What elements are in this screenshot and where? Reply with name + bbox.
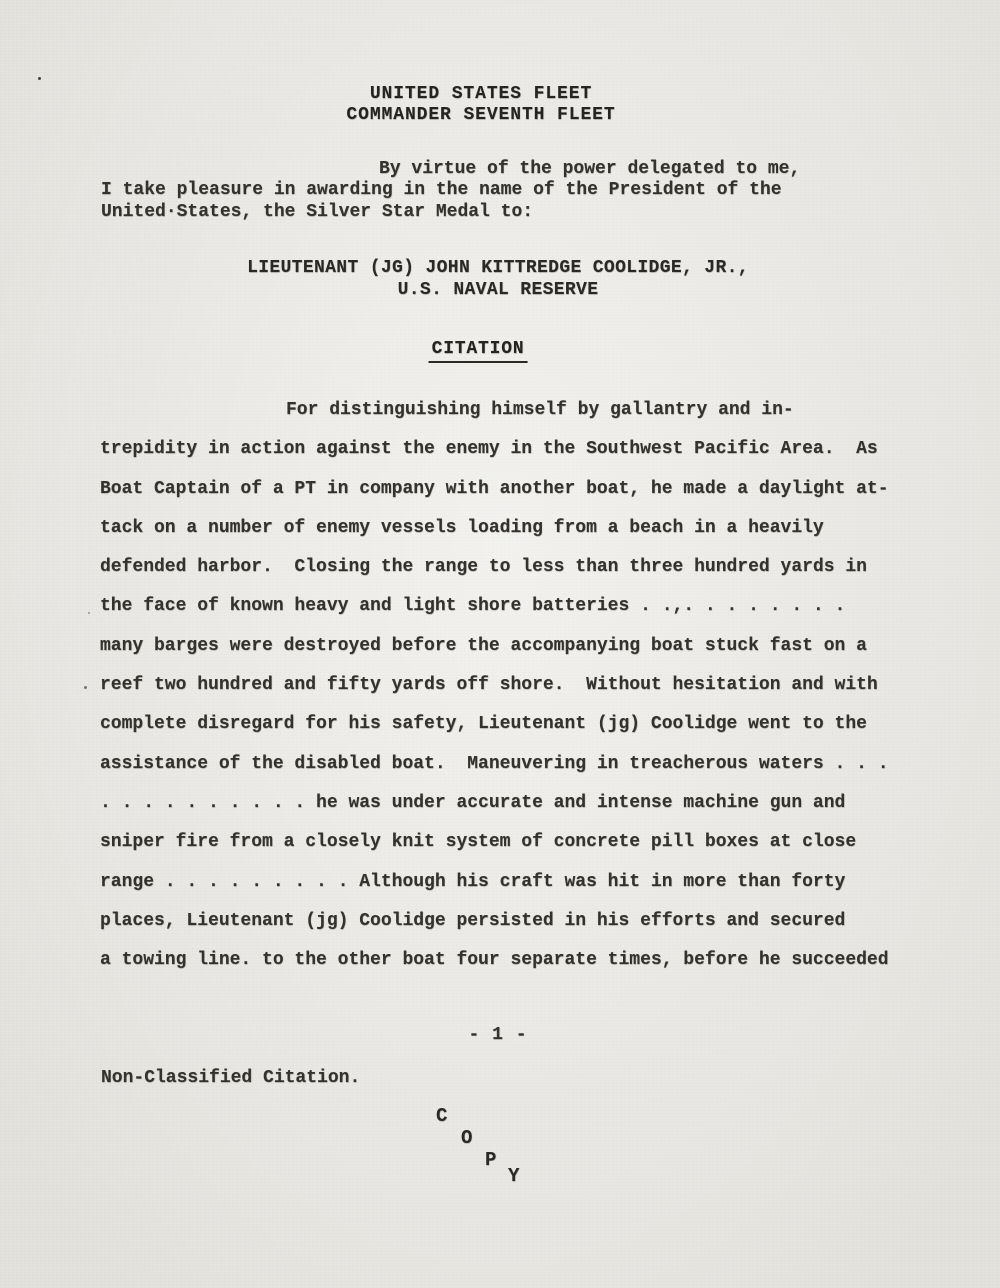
- body-line: defended harbor. Closing the range to le…: [100, 548, 889, 587]
- citation-body: For distinguishing himself by gallantry …: [100, 391, 889, 980]
- preamble: By virtue of the power delegated to me, …: [101, 159, 800, 223]
- paper-speck: [84, 686, 87, 689]
- body-line: many barges were destroyed before the ac…: [100, 627, 889, 666]
- body-line: complete disregard for his safety, Lieut…: [100, 705, 889, 744]
- letterhead: UNITED STATES FLEET COMMANDER SEVENTH FL…: [346, 84, 615, 126]
- preamble-line3: United·States, the Silver Star Medal to:: [101, 202, 800, 223]
- body-line: Boat Captain of a PT in company with ano…: [100, 470, 889, 509]
- copy-stamp-letter-y: Y: [508, 1165, 519, 1187]
- body-line: places, Lieutenant (jg) Coolidge persist…: [100, 902, 889, 941]
- copy-stamp-letter-c: C: [436, 1105, 447, 1127]
- preamble-line2: I take pleasure in awarding in the name …: [101, 180, 800, 201]
- body-line: a towing line. to the other boat four se…: [100, 941, 889, 980]
- body-line: assistance of the disabled boat. Maneuve…: [100, 745, 889, 784]
- copy-stamp-letter-p: P: [485, 1149, 496, 1171]
- scanned-citation-page: UNITED STATES FLEET COMMANDER SEVENTH FL…: [0, 0, 1000, 1288]
- paper-speck: [88, 612, 90, 614]
- body-line: range . . . . . . . . . Although his cra…: [100, 863, 889, 902]
- body-line: For distinguishing himself by gallantry …: [100, 391, 889, 430]
- paper-speck: [38, 77, 41, 80]
- recipient-name-block: LIEUTENANT (JG) JOHN KITTREDGE COOLIDGE,…: [247, 257, 749, 301]
- body-line: . . . . . . . . . . he was under accurat…: [100, 784, 889, 823]
- letterhead-line2: COMMANDER SEVENTH FLEET: [346, 105, 615, 126]
- classification-note: Non-Classified Citation.: [101, 1068, 360, 1088]
- body-line: tack on a number of enemy vessels loadin…: [100, 509, 889, 548]
- copy-stamp-letter-o: O: [461, 1127, 472, 1149]
- recipient-name: LIEUTENANT (JG) JOHN KITTREDGE COOLIDGE,…: [247, 257, 749, 279]
- body-line: sniper fire from a closely knit system o…: [100, 823, 889, 862]
- preamble-line1: By virtue of the power delegated to me,: [101, 159, 800, 180]
- body-line: trepidity in action against the enemy in…: [100, 430, 889, 469]
- citation-heading-text: CITATION: [429, 339, 528, 363]
- body-line: the face of known heavy and light shore …: [100, 587, 889, 626]
- page-number: - 1 -: [468, 1025, 527, 1045]
- body-line: reef two hundred and fifty yards off sho…: [100, 666, 889, 705]
- recipient-service: U.S. NAVAL RESERVE: [247, 279, 749, 301]
- letterhead-line1: UNITED STATES FLEET: [346, 84, 615, 105]
- citation-heading: CITATION: [429, 339, 528, 363]
